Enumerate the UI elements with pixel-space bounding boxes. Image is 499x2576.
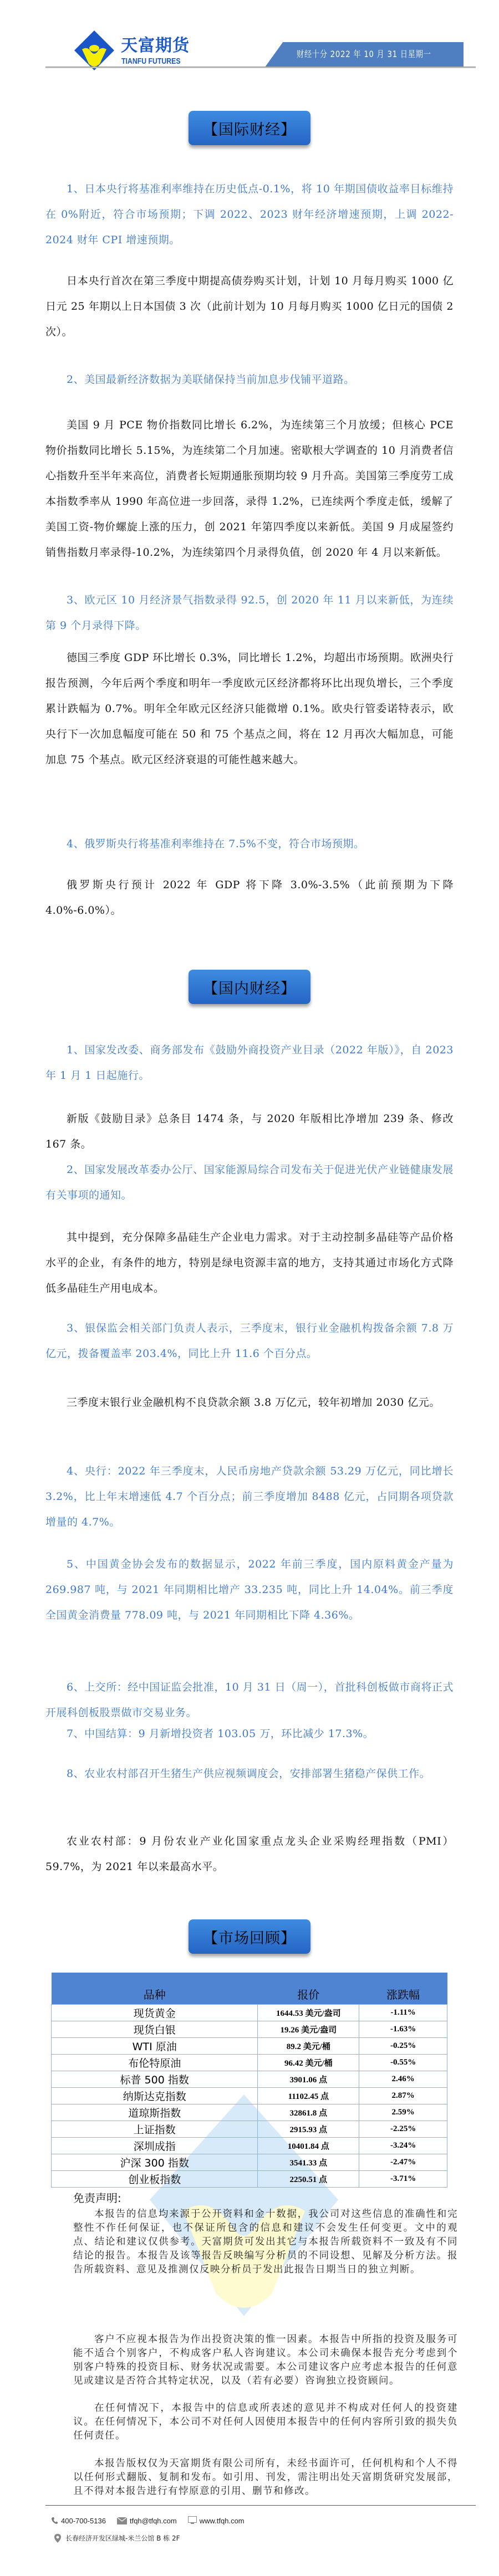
disclaimer-paragraph: 在任何情况下，本报告中的信息或所表述的意见并不构成对任何人的投资建议。在任何情况…	[73, 2401, 458, 2443]
footer-email: tfqh@tfqh.com	[117, 2517, 177, 2525]
row-name: WTI 原油	[52, 2037, 258, 2054]
logo-en-text: TIANFU FUTURES	[121, 57, 181, 66]
row-change: -1.11%	[359, 2004, 447, 2021]
row-name: 布伦特原油	[52, 2054, 258, 2071]
row-name: 深圳成指	[52, 2137, 258, 2154]
dom-item-1: 1、国家发改委、商务部发布《鼓励外商投资产业目录（2022 年版）》，自 202…	[45, 1037, 454, 1088]
row-name: 沪深 300 指数	[52, 2154, 258, 2170]
row-change: 2.59%	[359, 2104, 447, 2121]
phone-number: 400-700-5136	[61, 2517, 106, 2525]
disclaimer-paragraph: 本报告版权仅为天富期货有限公司所有，未经书面许可，任何机构和个人不得以任何形式翻…	[73, 2457, 458, 2498]
row-change: -0.25%	[359, 2037, 447, 2054]
dom-item-8-detail: 农业农村部：9 月份农业产业化国家重点龙头企业采购经理指数（PMI）59.7%，…	[45, 1829, 454, 1879]
row-price: 89.2 美元/桶	[258, 2037, 359, 2054]
footer-phone: 400-700-5136	[51, 2517, 106, 2525]
table-row: 布伦特原油96.42 美元/桶-0.55%	[52, 2054, 447, 2071]
footer-divider	[45, 2505, 476, 2506]
address-text: 长春经济开发区绿城-米兰公馆 B 栋 2F	[65, 2533, 180, 2543]
table-row: 现货白银19.26 美元/盎司-1.63%	[52, 2021, 447, 2037]
row-change: -2.47%	[359, 2154, 447, 2170]
col-header-price: 报价	[258, 1973, 359, 2004]
section-header-domestic: 【国内财经】	[189, 970, 310, 1004]
location-pin-icon	[54, 2534, 61, 2543]
row-price: 2250.51 点	[258, 2170, 359, 2187]
row-price: 2915.93 点	[258, 2121, 359, 2137]
table-row: 深圳成指10401.84 点-3.24%	[52, 2137, 447, 2154]
dom-item-5: 5、中国黄金协会发布的数据显示，2022 年前三季度，国内原料黄金产量为 269…	[45, 1551, 454, 1628]
row-name: 现货白银	[52, 2021, 258, 2037]
website-link[interactable]: www.tfqh.com	[200, 2517, 245, 2525]
row-price: 3901.06 点	[258, 2071, 359, 2087]
section-header-market: 【市场回顾】	[189, 1919, 310, 1954]
dom-item-3: 3、银保监会相关部门负责人表示，三季度末，银行业金融机构拨备余额 7.8 万亿元…	[45, 1315, 454, 1366]
row-price: 32861.8 点	[258, 2104, 359, 2121]
footer-contacts: 400-700-5136 tfqh@tfqh.com www.tfqh.com	[51, 2516, 251, 2525]
email-icon	[117, 2517, 127, 2524]
dom-item-4: 4、央行：2022 年三季度末，人民币房地产贷款余额 53.29 万亿元，同比增…	[45, 1458, 454, 1535]
dom-item-2: 2、国家发展改革委办公厅、国家能源局综合司发布关于促进光伏产业链健康发展有关事项…	[45, 1157, 454, 1208]
row-change: -3.24%	[359, 2137, 447, 2154]
phone-icon	[51, 2517, 58, 2524]
row-price: 96.42 美元/桶	[258, 2054, 359, 2071]
intl-item-1: 1、日本央行将基准利率维持在历史低点-0.1%，将 10 年期国债收益率目标维持…	[45, 176, 454, 253]
dom-item-1-detail: 新版《鼓励目录》总条目 1474 条，与 2020 年版相比净增加 239 条、…	[45, 1106, 454, 1157]
footer-address: 长春经济开发区绿城-米兰公馆 B 栋 2F	[54, 2533, 180, 2543]
table-row: 纳斯达克指数11102.45 点2.87%	[52, 2087, 447, 2104]
row-change: 2.87%	[359, 2087, 447, 2104]
table-row: 标普 500 指数3901.06 点2.46%	[52, 2071, 447, 2087]
report-date: 财经十分 2022 年 10 月 31 日星期一	[297, 48, 431, 61]
intl-item-2-detail: 美国 9 月 PCE 物价指数同比增长 6.2%，为连续第三个月放缓；但核心 P…	[45, 412, 454, 565]
header-divider	[45, 66, 476, 68]
table-row: 道琼斯指数32861.8 点2.59%	[52, 2104, 447, 2121]
logo-icon	[74, 30, 114, 70]
table-row: 上证指数2915.93 点-2.25%	[52, 2121, 447, 2137]
intl-item-3: 3、欧元区 10 月经济景气指数录得 92.5，创 2020 年 11 月以来新…	[45, 587, 454, 638]
row-price: 19.26 美元/盎司	[258, 2021, 359, 2037]
dom-item-7: 7、中国结算：9 月新增投资者 103.05 万，环比减少 17.3%。	[45, 1721, 454, 1747]
disclaimer-title: 免责声明:	[73, 2190, 121, 2206]
row-price: 1644.53 美元/盎司	[258, 2004, 359, 2021]
market-table: 品种 报价 涨跌幅 现货黄金1644.53 美元/盎司-1.11% 现货白银19…	[51, 1973, 447, 2188]
footer-website: www.tfqh.com	[188, 2516, 245, 2525]
market-table-header: 品种 报价 涨跌幅	[52, 1973, 447, 2004]
row-price: 10401.84 点	[258, 2137, 359, 2154]
row-change: -3.71%	[359, 2170, 447, 2187]
col-header-name: 品种	[52, 1973, 258, 2004]
row-name: 现货黄金	[52, 2004, 258, 2021]
dom-item-3-detail: 三季度末银行业金融机构不良贷款余额 3.8 万亿元，较年初增加 2030 亿元。	[45, 1390, 454, 1415]
row-change: 2.46%	[359, 2071, 447, 2087]
email-address[interactable]: tfqh@tfqh.com	[130, 2517, 177, 2525]
intl-item-4-detail: 俄罗斯央行预计 2022 年 GDP 将下降 3.0%-3.5%（此前预期为下降…	[45, 872, 454, 923]
table-row: WTI 原油89.2 美元/桶-0.25%	[52, 2037, 447, 2054]
monitor-icon	[188, 2516, 197, 2525]
dom-item-8: 8、农业农村部召开生猪生产供应视频调度会，安排部署生猪稳产保供工作。	[45, 1761, 454, 1786]
intl-item-2: 2、美国最新经济数据为美联储保持当前加息步伐铺平道路。	[45, 367, 454, 392]
section-header-international: 【国际财经】	[189, 111, 310, 145]
disclaimer-paragraph: 本报告的信息均来源于公开资料和金十数据，我公司对这些信息的准确性和完整性不作任何…	[73, 2208, 458, 2277]
col-header-change: 涨跌幅	[359, 1973, 447, 2004]
intl-item-4: 4、俄罗斯央行将基准利率维持在 7.5%不变，符合市场预期。	[45, 831, 454, 857]
table-row: 创业板指数2250.51 点-3.71%	[52, 2170, 447, 2187]
table-row: 沪深 300 指数3541.33 点-2.47%	[52, 2154, 447, 2170]
intl-item-3-detail: 德国三季度 GDP 环比增长 0.3%，同比增长 1.2%，均超出市场预期。欧洲…	[45, 645, 454, 772]
row-name: 上证指数	[52, 2121, 258, 2137]
row-change: -1.63%	[359, 2021, 447, 2037]
row-change: -2.25%	[359, 2121, 447, 2137]
dom-item-2-detail: 其中提到，充分保障多晶硅生产企业电力需求。对于主动控制多晶硅等产品价格水平的企业…	[45, 1225, 454, 1301]
row-change: -0.55%	[359, 2054, 447, 2071]
disclaimer-paragraph: 客户不应视本报告为作出投资决策的惟一因素。本报告中所指的投资及服务可能不适合个别…	[73, 2333, 458, 2388]
table-row: 现货黄金1644.53 美元/盎司-1.11%	[52, 2004, 447, 2021]
intl-item-1-detail: 日本央行首次在第三季度中期提高债券购买计划，计划 10 月每月购买 1000 亿…	[45, 268, 454, 345]
row-name: 标普 500 指数	[52, 2071, 258, 2087]
row-name: 纳斯达克指数	[52, 2087, 258, 2104]
logo-cn-text: 天富期货	[121, 37, 190, 55]
row-price: 3541.33 点	[258, 2154, 359, 2170]
row-name: 道琼斯指数	[52, 2104, 258, 2121]
row-name: 创业板指数	[52, 2170, 258, 2187]
row-price: 11102.45 点	[258, 2087, 359, 2104]
dom-item-6: 6、上交所：经中国证监会批准，10 月 31 日（周一），首批科创板做市商将正式…	[45, 1674, 454, 1725]
